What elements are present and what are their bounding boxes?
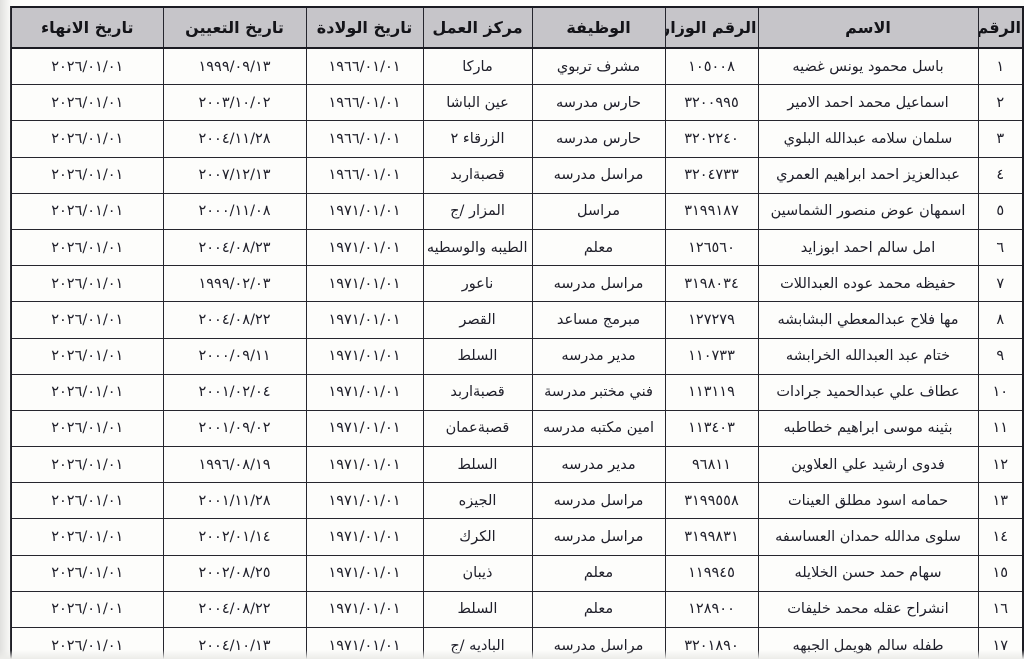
header-work-center: مركز العمل xyxy=(423,7,532,48)
cell-end-date: ٢٠٢٦/٠١/٠١ xyxy=(11,302,163,338)
table-row: ٧ حفيظه محمد عوده العبداللات ٣١٩٨٠٣٤ مرا… xyxy=(11,266,1023,302)
cell-work-center: الكرك xyxy=(423,519,532,555)
cell-hire-date: ٢٠٠٤/١٠/١٣ xyxy=(163,628,306,659)
cell-seq: ١١ xyxy=(978,410,1023,446)
table-row: ٨ مها فلاح عبدالمعطي البشابشه ١٢٧٢٧٩ مبر… xyxy=(11,302,1023,338)
cell-work-center: الطيبه والوسطيه xyxy=(423,229,532,265)
cell-birth-date: ١٩٧١/٠١/٠١ xyxy=(306,628,423,659)
table-row: ٩ ختام عبد العبدالله الخرابشه ١١٠٧٣٣ مدي… xyxy=(11,338,1023,374)
cell-name: بثينه موسى ابراهيم خطاطبه xyxy=(758,410,978,446)
cell-job: مراسل مدرسه xyxy=(532,628,665,659)
cell-ministry-no: ٩٦٨١١ xyxy=(665,447,758,483)
cell-name: انشراح عقله محمد خليفات xyxy=(758,591,978,627)
cell-work-center: السلط xyxy=(423,591,532,627)
cell-birth-date: ١٩٧١/٠١/٠١ xyxy=(306,193,423,229)
header-end-date: تاريخ الانهاء xyxy=(11,7,163,48)
cell-hire-date: ١٩٩٦/٠٨/١٩ xyxy=(163,447,306,483)
table-header-row: الرقم الاسم الرقم الوزاري الوظيفة مركز ا… xyxy=(11,7,1023,48)
cell-end-date: ٢٠٢٦/٠١/٠١ xyxy=(11,591,163,627)
table-row: ٤ عبدالعزيز احمد ابراهيم العمري ٣٢٠٤٧٣٣ … xyxy=(11,157,1023,193)
cell-name: عطاف علي عبدالحميد جرادات xyxy=(758,374,978,410)
cell-name: امل سالم احمد ابوزايد xyxy=(758,229,978,265)
cell-ministry-no: ٣١٩٨٠٣٤ xyxy=(665,266,758,302)
header-hire-date: تاريخ التعيين xyxy=(163,7,306,48)
cell-work-center: ذيبان xyxy=(423,555,532,591)
table-row: ٢ اسماعيل محمد احمد الامير ٣٢٠٠٩٩٥ حارس … xyxy=(11,85,1023,121)
cell-name: اسمهان عوض منصور الشماسين xyxy=(758,193,978,229)
cell-job: مراسل xyxy=(532,193,665,229)
cell-birth-date: ١٩٦٦/٠١/٠١ xyxy=(306,48,423,85)
cell-hire-date: ٢٠٠١/١١/٢٨ xyxy=(163,483,306,519)
table-row: ٣ سلمان سلامه عبدالله البلوي ٣٢٠٢٢٤٠ حار… xyxy=(11,121,1023,157)
cell-seq: ١٦ xyxy=(978,591,1023,627)
cell-end-date: ٢٠٢٦/٠١/٠١ xyxy=(11,338,163,374)
cell-seq: ١٥ xyxy=(978,555,1023,591)
cell-hire-date: ٢٠٠٣/١٠/٠٢ xyxy=(163,85,306,121)
cell-seq: ١٧ xyxy=(978,628,1023,659)
cell-birth-date: ١٩٧١/٠١/٠١ xyxy=(306,229,423,265)
cell-birth-date: ١٩٦٦/٠١/٠١ xyxy=(306,157,423,193)
cell-work-center: ناعور xyxy=(423,266,532,302)
cell-hire-date: ٢٠٠١/٠٩/٠٢ xyxy=(163,410,306,446)
cell-birth-date: ١٩٧١/٠١/٠١ xyxy=(306,555,423,591)
cell-work-center: قصبةاربد xyxy=(423,374,532,410)
header-ministry-no: الرقم الوزاري xyxy=(665,7,758,48)
table-row: ٥ اسمهان عوض منصور الشماسين ٣١٩٩١٨٧ مراس… xyxy=(11,193,1023,229)
table-row: ١٣ حمامه اسود مطلق العينات ٣١٩٩٥٥٨ مراسل… xyxy=(11,483,1023,519)
cell-seq: ١ xyxy=(978,48,1023,85)
cell-work-center: قصبةاربد xyxy=(423,157,532,193)
cell-ministry-no: ١١٣١١٩ xyxy=(665,374,758,410)
cell-ministry-no: ٣٢٠١٨٩٠ xyxy=(665,628,758,659)
cell-ministry-no: ١١٩٩٤٥ xyxy=(665,555,758,591)
cell-job: مشرف تربوي xyxy=(532,48,665,85)
cell-hire-date: ٢٠٠٤/١١/٢٨ xyxy=(163,121,306,157)
cell-end-date: ٢٠٢٦/٠١/٠١ xyxy=(11,48,163,85)
header-seq: الرقم xyxy=(978,7,1023,48)
cell-job: معلم xyxy=(532,555,665,591)
cell-name: طفله سالم هويمل الجبهه xyxy=(758,628,978,659)
table-row: ١٤ سلوى مدالله حمدان العساسفه ٣١٩٩٨٣١ مر… xyxy=(11,519,1023,555)
cell-name: مها فلاح عبدالمعطي البشابشه xyxy=(758,302,978,338)
cell-hire-date: ١٩٩٩/٠٩/١٣ xyxy=(163,48,306,85)
cell-name: حفيظه محمد عوده العبداللات xyxy=(758,266,978,302)
cell-birth-date: ١٩٧١/٠١/٠١ xyxy=(306,483,423,519)
cell-name: ختام عبد العبدالله الخرابشه xyxy=(758,338,978,374)
cell-hire-date: ٢٠٠٠/٠٩/١١ xyxy=(163,338,306,374)
cell-seq: ٦ xyxy=(978,229,1023,265)
cell-seq: ٨ xyxy=(978,302,1023,338)
cell-end-date: ٢٠٢٦/٠١/٠١ xyxy=(11,628,163,659)
cell-ministry-no: ١٢٧٢٧٩ xyxy=(665,302,758,338)
table-body: ١ باسل محمود يونس غضيه ١٠٥٠٠٨ مشرف تربوي… xyxy=(11,48,1023,659)
table-row: ١١ بثينه موسى ابراهيم خطاطبه ١١٣٤٠٣ امين… xyxy=(11,410,1023,446)
header-birth-date: تاريخ الولادة xyxy=(306,7,423,48)
cell-birth-date: ١٩٧١/٠١/٠١ xyxy=(306,302,423,338)
cell-job: مراسل مدرسه xyxy=(532,519,665,555)
cell-name: سلمان سلامه عبدالله البلوي xyxy=(758,121,978,157)
cell-ministry-no: ١١٠٧٣٣ xyxy=(665,338,758,374)
cell-job: مراسل مدرسه xyxy=(532,157,665,193)
cell-hire-date: ٢٠٠٢/٠١/١٤ xyxy=(163,519,306,555)
cell-name: فدوى ارشيد علي العلاوين xyxy=(758,447,978,483)
cell-work-center: الباديه /ج xyxy=(423,628,532,659)
cell-ministry-no: ١٢٨٩٠٠ xyxy=(665,591,758,627)
cell-seq: ١٢ xyxy=(978,447,1023,483)
cell-birth-date: ١٩٧١/٠١/٠١ xyxy=(306,374,423,410)
cell-work-center: عين الباشا xyxy=(423,85,532,121)
table-row: ١٧ طفله سالم هويمل الجبهه ٣٢٠١٨٩٠ مراسل … xyxy=(11,628,1023,659)
cell-birth-date: ١٩٧١/٠١/٠١ xyxy=(306,447,423,483)
cell-work-center: قصبةعمان xyxy=(423,410,532,446)
cell-seq: ٢ xyxy=(978,85,1023,121)
cell-job: مدير مدرسه xyxy=(532,447,665,483)
cell-birth-date: ١٩٧١/٠١/٠١ xyxy=(306,591,423,627)
cell-seq: ١٤ xyxy=(978,519,1023,555)
cell-seq: ١٣ xyxy=(978,483,1023,519)
cell-hire-date: ٢٠٠١/٠٢/٠٤ xyxy=(163,374,306,410)
cell-ministry-no: ٣٢٠٢٢٤٠ xyxy=(665,121,758,157)
cell-birth-date: ١٩٧١/٠١/٠١ xyxy=(306,519,423,555)
cell-hire-date: ٢٠٠٤/٠٨/٢٣ xyxy=(163,229,306,265)
cell-seq: ٩ xyxy=(978,338,1023,374)
cell-end-date: ٢٠٢٦/٠١/٠١ xyxy=(11,157,163,193)
cell-job: مراسل مدرسه xyxy=(532,483,665,519)
cell-hire-date: ٢٠٠٤/٠٨/٢٢ xyxy=(163,591,306,627)
cell-work-center: السلط xyxy=(423,338,532,374)
employee-roster-table: الرقم الاسم الرقم الوزاري الوظيفة مركز ا… xyxy=(10,6,1024,659)
table-row: ٦ امل سالم احمد ابوزايد ١٢٦٥٦٠ معلم الطي… xyxy=(11,229,1023,265)
cell-seq: ٧ xyxy=(978,266,1023,302)
cell-end-date: ٢٠٢٦/٠١/٠١ xyxy=(11,410,163,446)
cell-end-date: ٢٠٢٦/٠١/٠١ xyxy=(11,193,163,229)
cell-hire-date: ١٩٩٩/٠٢/٠٣ xyxy=(163,266,306,302)
cell-job: معلم xyxy=(532,229,665,265)
cell-ministry-no: ٣١٩٩٥٥٨ xyxy=(665,483,758,519)
cell-ministry-no: ٣١٩٩١٨٧ xyxy=(665,193,758,229)
cell-job: حارس مدرسه xyxy=(532,85,665,121)
cell-name: اسماعيل محمد احمد الامير xyxy=(758,85,978,121)
cell-seq: ٥ xyxy=(978,193,1023,229)
scanned-document-page: الرقم الاسم الرقم الوزاري الوظيفة مركز ا… xyxy=(0,0,1024,659)
cell-work-center: السلط xyxy=(423,447,532,483)
cell-work-center: ماركا xyxy=(423,48,532,85)
table-row: ١٦ انشراح عقله محمد خليفات ١٢٨٩٠٠ معلم ا… xyxy=(11,591,1023,627)
cell-job: معلم xyxy=(532,591,665,627)
cell-birth-date: ١٩٧١/٠١/٠١ xyxy=(306,266,423,302)
cell-work-center: الجيزه xyxy=(423,483,532,519)
cell-job: مراسل مدرسه xyxy=(532,266,665,302)
cell-end-date: ٢٠٢٦/٠١/٠١ xyxy=(11,229,163,265)
cell-end-date: ٢٠٢٦/٠١/٠١ xyxy=(11,85,163,121)
cell-end-date: ٢٠٢٦/٠١/٠١ xyxy=(11,121,163,157)
cell-end-date: ٢٠٢٦/٠١/٠١ xyxy=(11,483,163,519)
table-row: ١٢ فدوى ارشيد علي العلاوين ٩٦٨١١ مدير مد… xyxy=(11,447,1023,483)
cell-name: سهام حمد حسن الخلايله xyxy=(758,555,978,591)
cell-hire-date: ٢٠٠٠/١١/٠٨ xyxy=(163,193,306,229)
cell-seq: ٤ xyxy=(978,157,1023,193)
cell-ministry-no: ٣٢٠٠٩٩٥ xyxy=(665,85,758,121)
cell-seq: ٣ xyxy=(978,121,1023,157)
cell-ministry-no: ٣١٩٩٨٣١ xyxy=(665,519,758,555)
cell-hire-date: ٢٠٠٤/٠٨/٢٢ xyxy=(163,302,306,338)
cell-name: باسل محمود يونس غضيه xyxy=(758,48,978,85)
cell-ministry-no: ١٢٦٥٦٠ xyxy=(665,229,758,265)
header-name: الاسم xyxy=(758,7,978,48)
cell-end-date: ٢٠٢٦/٠١/٠١ xyxy=(11,266,163,302)
cell-end-date: ٢٠٢٦/٠١/٠١ xyxy=(11,374,163,410)
cell-birth-date: ١٩٦٦/٠١/٠١ xyxy=(306,85,423,121)
table-row: ١ باسل محمود يونس غضيه ١٠٥٠٠٨ مشرف تربوي… xyxy=(11,48,1023,85)
cell-job: حارس مدرسه xyxy=(532,121,665,157)
cell-birth-date: ١٩٦٦/٠١/٠١ xyxy=(306,121,423,157)
cell-name: سلوى مدالله حمدان العساسفه xyxy=(758,519,978,555)
cell-work-center: الزرقاء ٢ xyxy=(423,121,532,157)
cell-job: فني مختبر مدرسة xyxy=(532,374,665,410)
cell-work-center: القصر xyxy=(423,302,532,338)
cell-end-date: ٢٠٢٦/٠١/٠١ xyxy=(11,447,163,483)
cell-name: عبدالعزيز احمد ابراهيم العمري xyxy=(758,157,978,193)
cell-birth-date: ١٩٧١/٠١/٠١ xyxy=(306,338,423,374)
cell-ministry-no: ١٠٥٠٠٨ xyxy=(665,48,758,85)
cell-job: مدير مدرسه xyxy=(532,338,665,374)
cell-end-date: ٢٠٢٦/٠١/٠١ xyxy=(11,519,163,555)
cell-hire-date: ٢٠٠٢/٠٨/٢٥ xyxy=(163,555,306,591)
cell-end-date: ٢٠٢٦/٠١/٠١ xyxy=(11,555,163,591)
cell-name: حمامه اسود مطلق العينات xyxy=(758,483,978,519)
cell-ministry-no: ١١٣٤٠٣ xyxy=(665,410,758,446)
cell-work-center: المزار /ج xyxy=(423,193,532,229)
cell-job: مبرمج مساعد xyxy=(532,302,665,338)
cell-seq: ١٠ xyxy=(978,374,1023,410)
cell-birth-date: ١٩٧١/٠١/٠١ xyxy=(306,410,423,446)
table-row: ١٠ عطاف علي عبدالحميد جرادات ١١٣١١٩ فني … xyxy=(11,374,1023,410)
header-job: الوظيفة xyxy=(532,7,665,48)
table-row: ١٥ سهام حمد حسن الخلايله ١١٩٩٤٥ معلم ذيب… xyxy=(11,555,1023,591)
cell-hire-date: ٢٠٠٧/١٢/١٣ xyxy=(163,157,306,193)
cell-ministry-no: ٣٢٠٤٧٣٣ xyxy=(665,157,758,193)
cell-job: امين مكتبه مدرسه xyxy=(532,410,665,446)
